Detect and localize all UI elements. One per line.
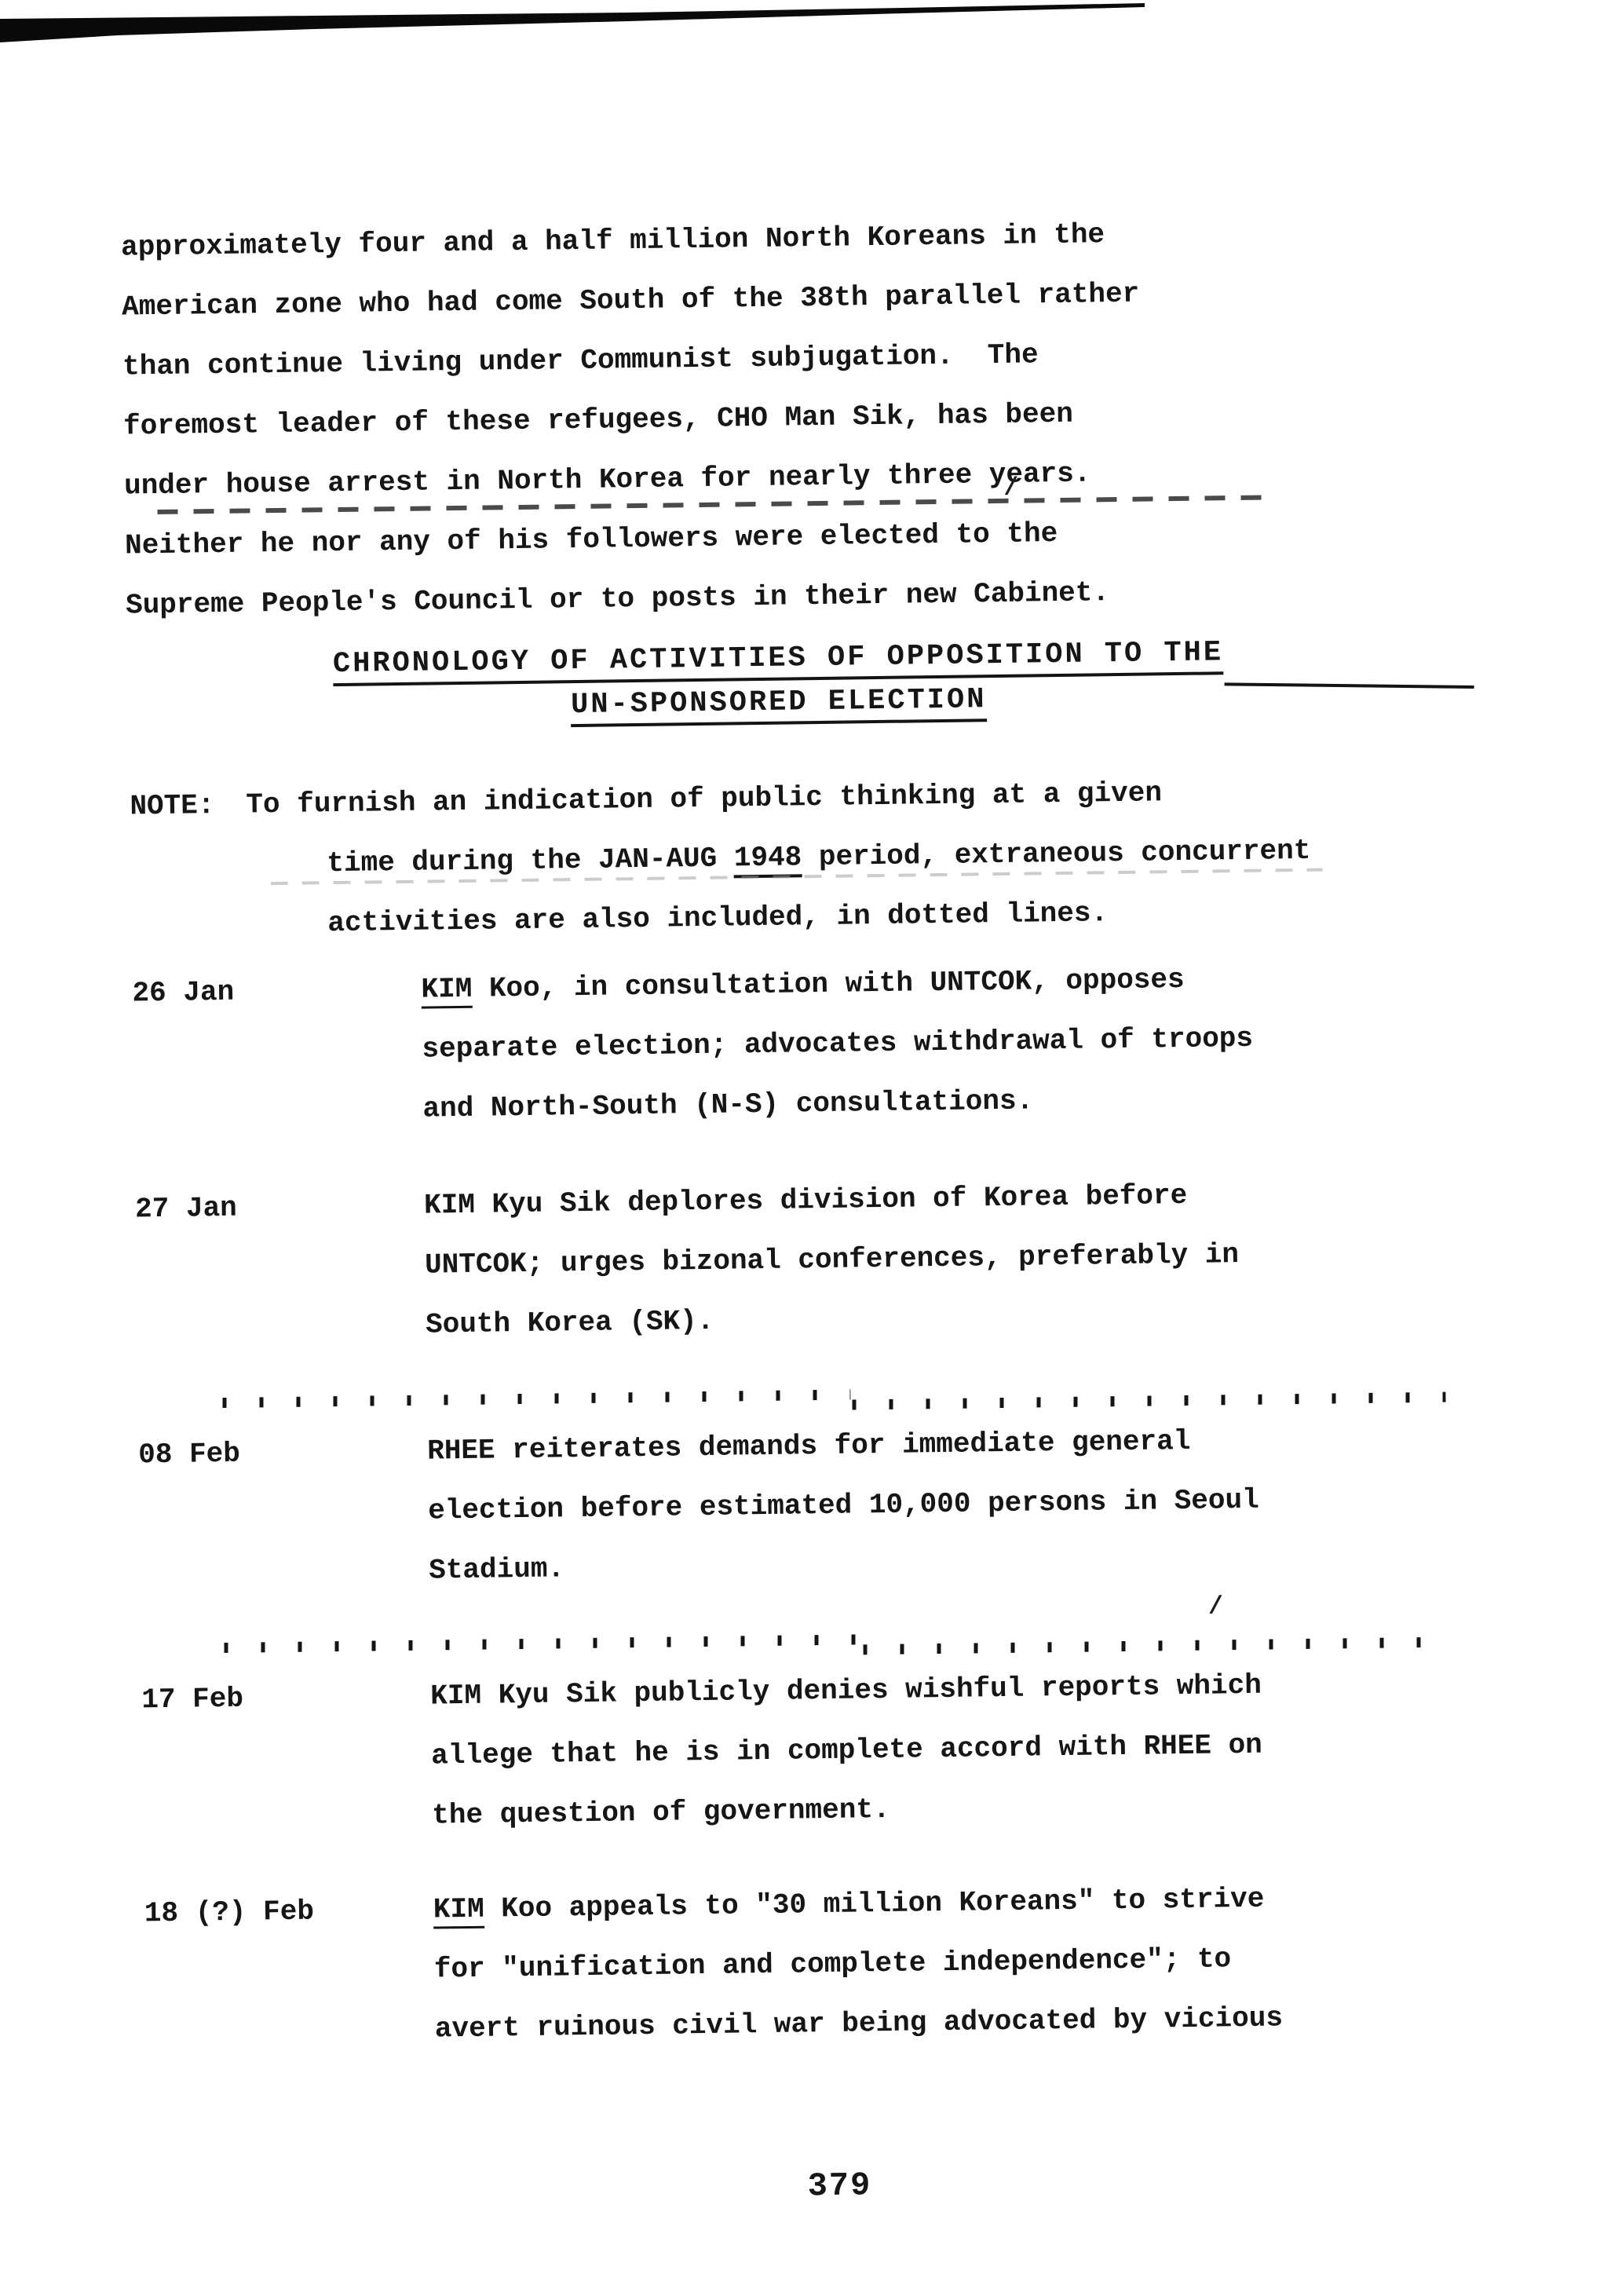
entry-18-feb-line-1: KIM Koo appeals to "30 million Koreans" …	[433, 1869, 1281, 1940]
page-number: 379	[28, 2156, 1622, 2215]
dotted-separator-2-left	[224, 1634, 861, 1653]
note-line-2-post: period, extraneous concurrent	[802, 835, 1311, 873]
entry-body-26-jan: KIM Koo, in consultation with UNTCOK, op…	[421, 949, 1254, 1139]
page-number-value: 379	[807, 2166, 871, 2205]
page-content: approximately four and a half million No…	[0, 0, 1622, 2296]
entry-27-jan-line-3: South Korea (SK).	[426, 1285, 1240, 1355]
entry-body-18-feb: KIM Koo appeals to "30 million Koreans" …	[433, 1869, 1283, 2059]
entry-08-feb-line-1: RHEE reiterates demands for immediate ge…	[427, 1411, 1259, 1482]
dotted-separator-2-right	[863, 1637, 1450, 1655]
entry-body-27-jan: KIM Kyu Sik deplores division of Korea b…	[424, 1165, 1240, 1355]
entry-date-26-jan: 26 Jan	[132, 960, 422, 1024]
entry-17-feb-line-3: the question of government.	[432, 1775, 1263, 1846]
entry-08-feb-line-2: election before estimated 10,000 persons…	[428, 1471, 1259, 1541]
intro-line-7: Supreme People's Council or to posts in …	[126, 563, 1144, 636]
entry-18-feb-line-3: avert ruinous civil war being advocated …	[434, 1988, 1283, 2059]
dotted-separator-1-right	[852, 1392, 1445, 1410]
scan-artifact-slash-2: /	[1208, 1592, 1224, 1621]
entry-body-08-feb: RHEE reiterates demands for immediate ge…	[427, 1411, 1260, 1601]
dotted-separator-1-left	[222, 1390, 850, 1408]
entry-18-feb-name: KIM	[433, 1893, 484, 1929]
heading-underline-text-2: UN-SPONSORED ELECTION	[571, 683, 987, 727]
entry-26-jan-line-1: KIM Koo, in consultation with UNTCOK, op…	[421, 949, 1252, 1020]
entry-26-jan-name: KIM	[421, 973, 472, 1009]
chronology-entry-27-jan: 27 Jan KIM Kyu Sik deplores division of …	[135, 1165, 1240, 1358]
entry-date-27-jan: 27 Jan	[135, 1176, 425, 1240]
entry-date-17-feb: 17 Feb	[141, 1667, 431, 1731]
chronology-entry-08-feb: 08 Feb RHEE reiterates demands for immed…	[138, 1411, 1260, 1605]
entry-date-18-feb: 18 (?) Feb	[144, 1881, 433, 1944]
chronology-entry-26-jan: 26 Jan KIM Koo, in consultation with UNT…	[132, 949, 1254, 1143]
document-page: approximately four and a half million No…	[0, 0, 1622, 2296]
intro-paragraph: approximately four and a half million No…	[121, 205, 1144, 636]
entry-date-08-feb: 08 Feb	[138, 1422, 428, 1486]
entry-26-jan-line-3: and North-South (N-S) consultations.	[422, 1069, 1254, 1139]
entry-body-17-feb: KIM Kyu Sik publicly denies wishful repo…	[430, 1656, 1263, 1846]
note-line-2-pre: time during the JAN-AUG	[327, 842, 734, 879]
entry-18-feb-line-2: for "unification and complete independen…	[433, 1929, 1282, 1999]
note-label: NOTE:	[130, 776, 215, 836]
entry-18-feb-line-1-rest: Koo appeals to "30 million Koreans" to s…	[484, 1883, 1264, 1925]
chronology-entry-18-feb: 18 (?) Feb KIM Koo appeals to "30 millio…	[144, 1869, 1283, 2063]
entry-27-jan-line-1: KIM Kyu Sik deplores division of Korea b…	[424, 1165, 1239, 1236]
entry-27-jan-line-2: UNTCOK; urges bizonal conferences, prefe…	[425, 1225, 1240, 1296]
entry-17-feb-line-1: KIM Kyu Sik publicly denies wishful repo…	[430, 1656, 1262, 1727]
scan-artifact-slash-1: /	[1003, 473, 1019, 503]
note-line-2: time during the JAN-AUG 1948 period, ext…	[327, 821, 1311, 894]
entry-26-jan-line-1-rest: Koo, in consultation with UNTCOK, oppose…	[472, 963, 1185, 1005]
chronology-entry-17-feb: 17 Feb KIM Kyu Sik publicly denies wishf…	[141, 1656, 1263, 1850]
section-heading: CHRONOLOGY OF ACTIVITIES OF OPPOSITION T…	[9, 627, 1548, 735]
entry-17-feb-line-2: allege that he is in complete accord wit…	[431, 1716, 1262, 1786]
note-line-3: activities are also included, in dotted …	[327, 883, 1109, 953]
entry-26-jan-line-2: separate election; advocates withdrawal …	[422, 1009, 1253, 1080]
note-year-underlined: 1948	[734, 841, 802, 878]
entry-08-feb-line-3: Stadium.	[429, 1530, 1260, 1601]
